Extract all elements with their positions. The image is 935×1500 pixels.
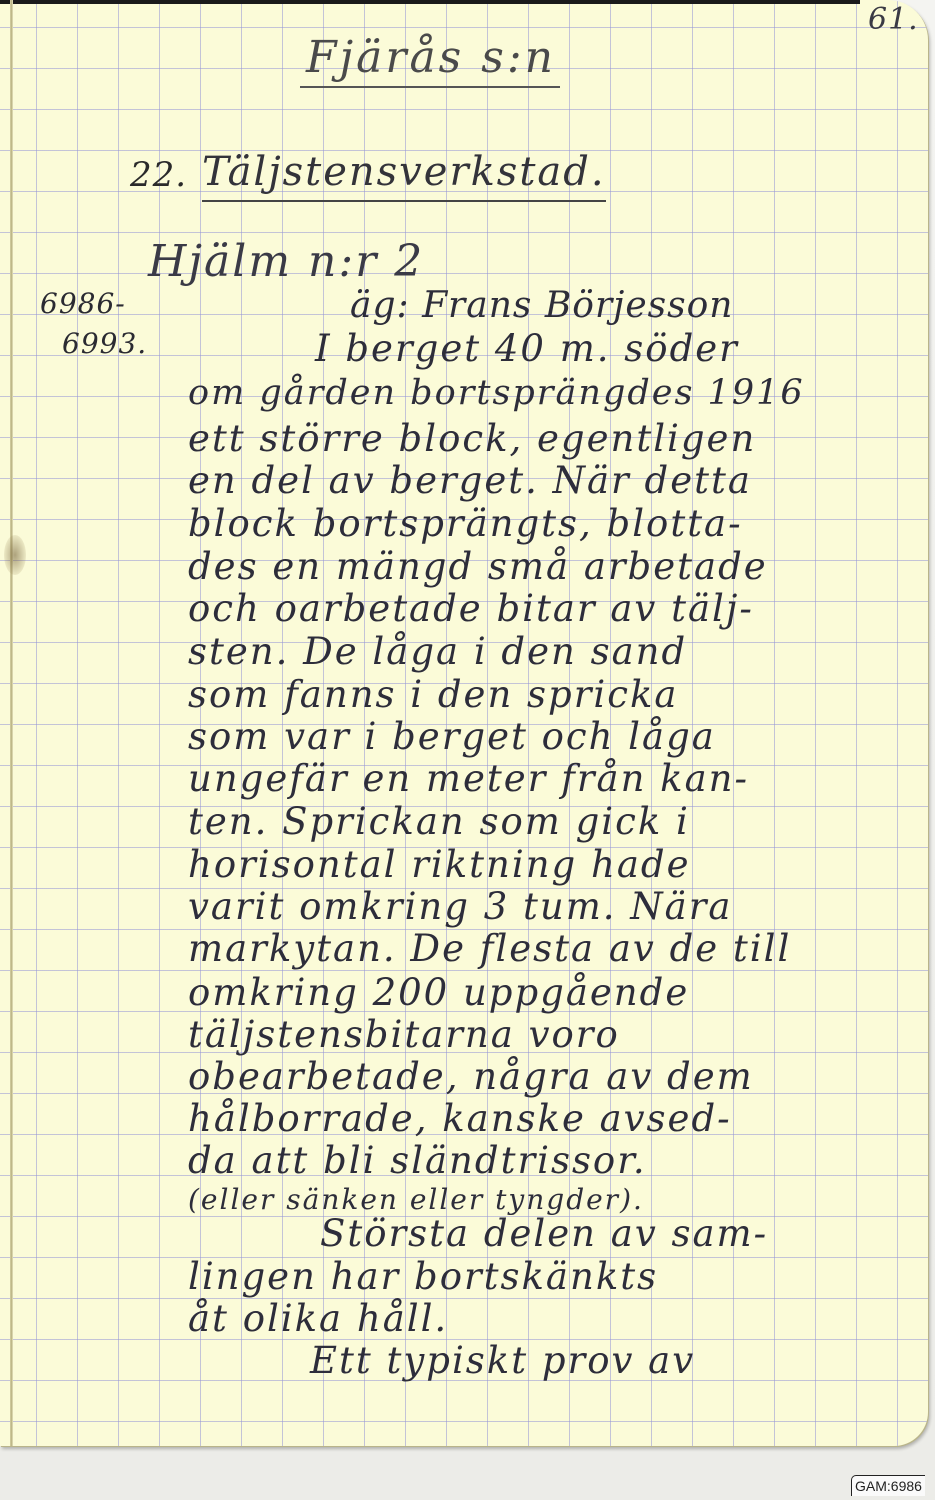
body-line-20: da att bli sländtrissor. — [188, 1142, 647, 1179]
body-line-18: obearbetade, några av dem — [188, 1058, 754, 1095]
catalog-number-end: 6993. — [62, 330, 147, 358]
body-line-16: omkring 200 uppgående — [188, 974, 689, 1011]
body-line-6: des en mängd små arbetade — [188, 548, 768, 585]
body-line-10: som var i berget och låga — [188, 718, 716, 755]
owner-line: äg: Frans Börjesson — [350, 288, 733, 324]
body-line-21: (eller sänken eller tyngder). — [188, 1186, 644, 1214]
paper-stain — [4, 535, 26, 575]
archive-id-label: GAM:6986 — [851, 1475, 925, 1496]
entry-number: 22. — [130, 158, 187, 192]
place-name: Hjälm n:r 2 — [148, 240, 424, 284]
parish-heading: Fjärås s:n — [300, 36, 560, 88]
body-line-12: ten. Sprickan som gick i — [188, 803, 690, 840]
body-line-23: lingen har bortskänkts — [188, 1258, 658, 1295]
body-line-4: en del av berget. När detta — [188, 462, 752, 499]
body-line-11: ungefär en meter från kan- — [188, 760, 749, 797]
notebook-binding-edge — [10, 0, 13, 1446]
body-line-9: som fanns i den spricka — [188, 676, 678, 713]
body-line-3: ett större block, egentligen — [188, 420, 756, 457]
body-line-22: Största delen av sam- — [320, 1215, 768, 1252]
body-line-1: I berget 40 m. söder — [315, 330, 739, 367]
body-line-14: varit omkring 3 tum. Nära — [188, 888, 732, 925]
body-line-13: horisontal riktning hade — [188, 846, 690, 883]
body-line-5: block bortsprängts, blotta- — [188, 505, 743, 542]
body-line-19: hålborrade, kanske avsed- — [188, 1100, 732, 1137]
body-line-7: och oarbetade bitar av tälj- — [188, 590, 754, 627]
body-line-8: sten. De låga i den sand — [188, 633, 687, 670]
body-line-24: åt olika håll. — [188, 1300, 448, 1337]
page-top-edge — [0, 0, 860, 4]
body-line-2: om gården bortsprängdes 1916 — [188, 376, 805, 411]
body-line-17: täljstensbitarna voro — [188, 1016, 620, 1053]
body-line-15: markytan. De flesta av de till — [188, 930, 791, 967]
entry-title: Täljstensverkstad. — [202, 152, 606, 202]
page-number: 61. — [868, 5, 919, 35]
notebook-page: Fjärås s:n 61. 22. Täljstensverkstad. Hj… — [0, 0, 928, 1446]
catalog-number-start: 6986- — [40, 290, 126, 318]
body-line-25: Ett typiskt prov av — [310, 1342, 695, 1379]
